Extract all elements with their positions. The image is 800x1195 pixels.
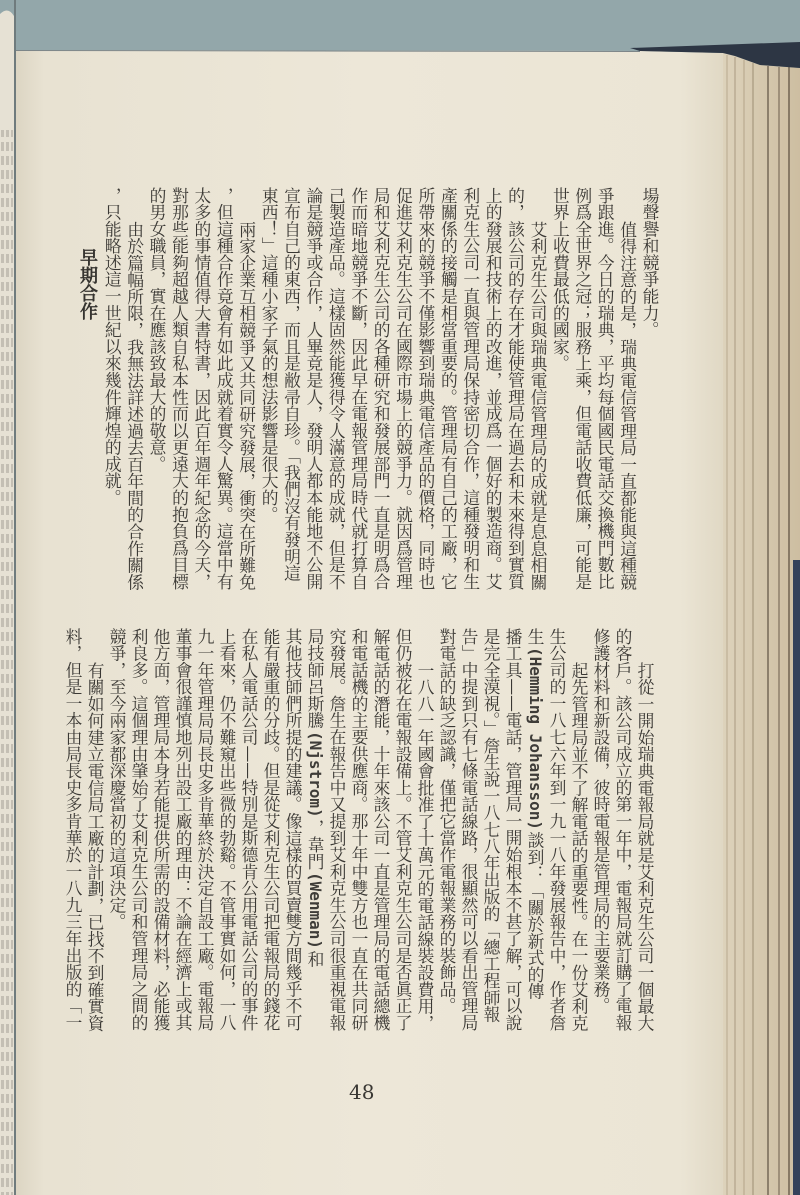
latin-name: (Hemming Johansson) bbox=[526, 647, 545, 830]
text-column: 上的發展和技術上的改進，並成爲一個好的製造商。艾 bbox=[482, 187, 504, 590]
text-column: 所帶來的競爭不僅影響到瑞典電信產品的價格，同時也 bbox=[415, 187, 437, 590]
text-column: 艾利克生公司與瑞典電信管理局的成就是息息相關 bbox=[527, 187, 549, 590]
text-column: 東西！」這種小家子氣的想法影響是很大的。 bbox=[258, 187, 280, 590]
text-column: 促進艾利克生公司在國際市場上的競爭力。就因爲管理 bbox=[392, 187, 414, 590]
text-column: 作而暗地競爭不斷，因此早在電報管理局時代就打算自 bbox=[347, 187, 369, 590]
text-column: 播工具——電話，管理局一開始根本不甚了解，可以說 bbox=[502, 628, 524, 1031]
text-column: 一八八一年國會批准了十萬元的電話線裝設費用， bbox=[414, 628, 436, 1031]
text-segment: 談到：「關於新式的傳 bbox=[525, 832, 545, 1000]
text-column: 的男女職員，實在應該致最大的敬意。 bbox=[146, 187, 168, 590]
text-column: 料，但是一本由局長史多肯華於一八九三年出版的「一 bbox=[62, 628, 84, 1031]
text-column: 場聲譽和競爭能力。 bbox=[639, 187, 661, 590]
text-column: 競爭，至今兩家都深慶當初的這項決定。 bbox=[106, 628, 128, 1031]
text-column: 的，該公司的存在才能使管理局在過去和未來得到實質 bbox=[504, 187, 526, 590]
text-segment: 生 bbox=[525, 628, 545, 645]
text-column: 他方面，管理局本身若能提供所需的設備材料，必能獲 bbox=[150, 628, 172, 1031]
text-column: 是完全漠視。」詹生說一八七八年出版的「總工程師報 bbox=[480, 628, 502, 1031]
text-column: 兩家企業互相競爭又共同研究發展，衝突在所難免 bbox=[235, 187, 257, 590]
text-column: 在私人電話公司——特別是斯德肯公用電話公司的事件 bbox=[238, 628, 260, 1031]
text-column: 生公司的一八七六年到一九一八年發展報告中，作者詹 bbox=[546, 628, 568, 1031]
text-column: 爭跟進。今日的瑞典，平均每個國民電話交換機門數比 bbox=[594, 187, 616, 590]
bottom-text-block: 打從一開始瑞典電報局就是艾利克生公司一個最大 的客戶。該公司成立的第一年中，電報… bbox=[62, 628, 656, 1031]
text-column: 產關係的接觸是相當重要的。管理局有自己的工廠，它 bbox=[437, 187, 459, 590]
text-column: 打從一開始瑞典電報局就是艾利克生公司一個最大 bbox=[634, 628, 656, 1031]
text-column: 上看來，仍不難窺出些微的勃谿。不管事實如何，一八 bbox=[216, 628, 238, 1031]
text-column: 九一年管理局局長史多肯華終於決定自設工廠。電報局 bbox=[194, 628, 216, 1031]
text-column: 的客戶。該公司成立的第一年中，電報局就訂購了電報 bbox=[612, 628, 634, 1031]
text-column: 生(Hemming Johansson)談到：「關於新式的傳 bbox=[524, 628, 546, 1031]
text-column: ，只能略述這一世紀以來幾件輝煌的成就。 bbox=[101, 187, 123, 590]
latin-name: (Njstrom) bbox=[306, 731, 325, 818]
text-column: 有關如何建立電信局工廠的計劃，已找不到確實資 bbox=[84, 628, 106, 1031]
text-column: 對電話的缺乏認識，僅把它當作電報業務的裝飾品。 bbox=[436, 628, 458, 1031]
text-column: 修護材料和新設備，彼時電報是管理局的主要業務。 bbox=[590, 628, 612, 1031]
text-column: 董事會很謹慎地列出設工廠的理由：不論在經濟上或其 bbox=[172, 628, 194, 1031]
previous-page-edge bbox=[0, 0, 16, 1195]
text-column: 告」中提到只有七條電話線路，很顯然可以看出管理局 bbox=[458, 628, 480, 1031]
text-segment: ，韋門 bbox=[305, 819, 325, 869]
text-column: 由於篇幅所限，我無法詳述過去百年間的合作關係 bbox=[123, 187, 145, 590]
text-column: 值得注意的是，瑞典電信管理局一直都能與這種競 bbox=[616, 187, 638, 590]
text-column: 局和艾利克生公司的各種研究和發展部門一直是明爲合 bbox=[370, 187, 392, 590]
text-column: 其他技師們所提的建議。像這樣的買賣雙方間幾乎不可 bbox=[282, 628, 304, 1031]
book-cover-side-edge bbox=[793, 560, 800, 1195]
text-column: 世界上收費最低的國家。 bbox=[549, 187, 571, 590]
latin-name: (Wenman) bbox=[306, 872, 325, 949]
page-number: 48 bbox=[349, 1080, 374, 1104]
text-column: 起先管理局並不了解電話的重要性。在一份艾利克 bbox=[568, 628, 590, 1031]
text-column: 但仍被花在電報設備上。不管艾利克生公司是否眞正了 bbox=[392, 628, 414, 1031]
text-column: 己製造產品。這樣固然能獲得令人滿意的成就，但是不 bbox=[325, 187, 347, 590]
text-column: 利克生公司一直與管理局保持密切合作，這種發明和生 bbox=[459, 187, 481, 590]
top-text-block: 場聲譽和競爭能力。 值得注意的是，瑞典電信管理局一直都能與這種競 爭跟進。今日的… bbox=[101, 187, 661, 590]
text-column: 宣布自己的東西，而且是敝帚自珍。「我們沒有發明這 bbox=[280, 187, 302, 590]
text-column: ，但這種合作竟會有如此成就着實令人驚異。這當中有 bbox=[213, 187, 235, 590]
page-fore-edge-stack bbox=[723, 53, 800, 1195]
text-segment: 和 bbox=[305, 951, 325, 968]
text-column: 能有嚴重的分歧。但是從艾利克生公司把電報局的錢花 bbox=[260, 628, 282, 1031]
text-column: 例爲全世界之冠；服務上乘，但電話收費低廉，可能是 bbox=[571, 187, 593, 590]
section-heading: 早期合作 bbox=[78, 248, 96, 320]
text-segment: 局技師呂斯騰 bbox=[305, 628, 325, 729]
text-column: 論是競爭或合作，人畢竟是人，發明人都本能地不公開 bbox=[303, 187, 325, 590]
text-column: 和電話機的主要供應商。那十年中雙方也一直在共同研 bbox=[348, 628, 370, 1031]
text-column: 局技師呂斯騰(Njstrom)，韋門(Wenman)和 bbox=[304, 628, 326, 1031]
text-column: 對那些能夠超越人類自私本性而以更遠大的抱負爲目標 bbox=[168, 187, 190, 590]
text-column: 解電話的潛能，十年來該公司一直是管理局的電話總機 bbox=[370, 628, 392, 1031]
text-column: 利良多。這個理由肇始了艾利克生公司和管理局之間的 bbox=[128, 628, 150, 1031]
text-column: 太多的事情值得大書特書，因此百年週年紀念的今天， bbox=[190, 187, 212, 590]
text-column: 究發展。詹生在報告中又提到艾利克生公司很重視電報 bbox=[326, 628, 348, 1031]
